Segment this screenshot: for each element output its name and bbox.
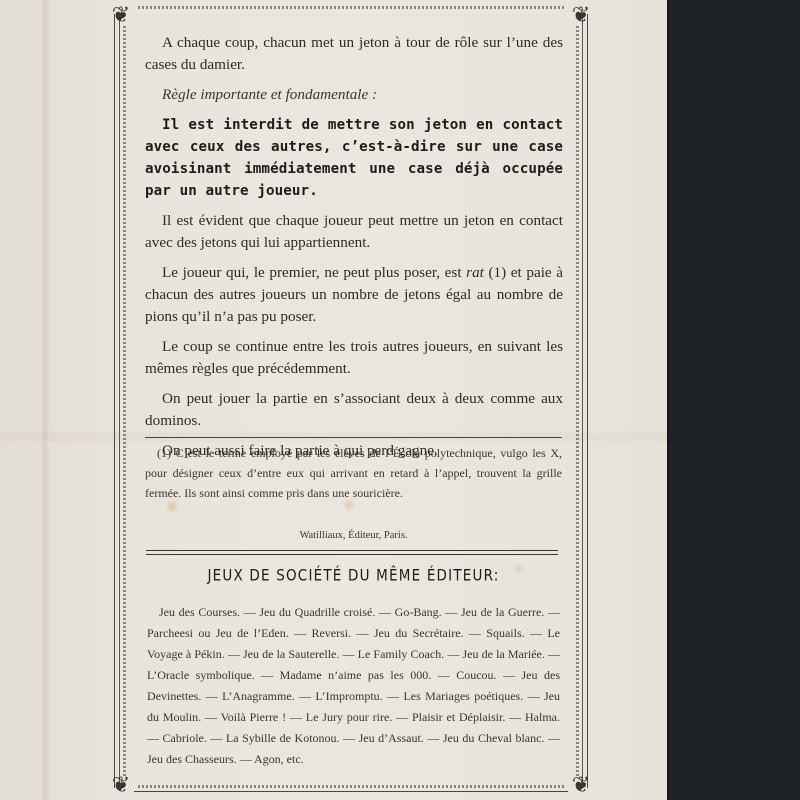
paper-fold-vertical <box>40 0 50 800</box>
footnote-divider <box>145 437 562 438</box>
double-rule-divider <box>146 550 558 555</box>
rule-text: Il est interdit de mettre son jeton en c… <box>145 114 563 202</box>
paragraph-turn: A chaque coup, chacun met un jeton à tou… <box>145 32 563 76</box>
rule-heading: Règle importante et fondamentale : <box>145 84 563 106</box>
catalog-heading: JEUX DE SOCIÉTÉ DU MÊME ÉDITEUR: <box>145 567 562 585</box>
paragraph-evident: Il est évident que chaque joueur peut me… <box>145 210 563 254</box>
publisher-imprint: Watilliaux, Éditeur, Paris. <box>145 530 562 541</box>
corner-ornament-icon: ❦ <box>108 2 134 28</box>
paragraph-associate: On peut jouer la partie en s’associant d… <box>145 388 563 432</box>
corner-ornament-icon: ❦ <box>568 2 594 28</box>
footnote: (1) C’est le terme employé par les élève… <box>145 443 562 503</box>
paragraph-rat: Le joueur qui, le premier, ne peut plus … <box>145 262 563 328</box>
paragraph-continue: Le coup se continue entre les trois autr… <box>145 336 563 380</box>
corner-ornament-icon: ❦ <box>108 772 134 798</box>
term-rat: rat <box>466 264 484 281</box>
catalog-game-list: Jeu des Courses. — Jeu du Quadrille croi… <box>147 602 560 770</box>
paper-sheet: ❦ ❦ ❦ ❦ A chaque coup, chacun met un jet… <box>0 0 668 800</box>
rules-body: A chaque coup, chacun met un jeton à tou… <box>145 32 563 470</box>
paper-edge <box>667 0 669 800</box>
corner-ornament-icon: ❦ <box>568 772 594 798</box>
